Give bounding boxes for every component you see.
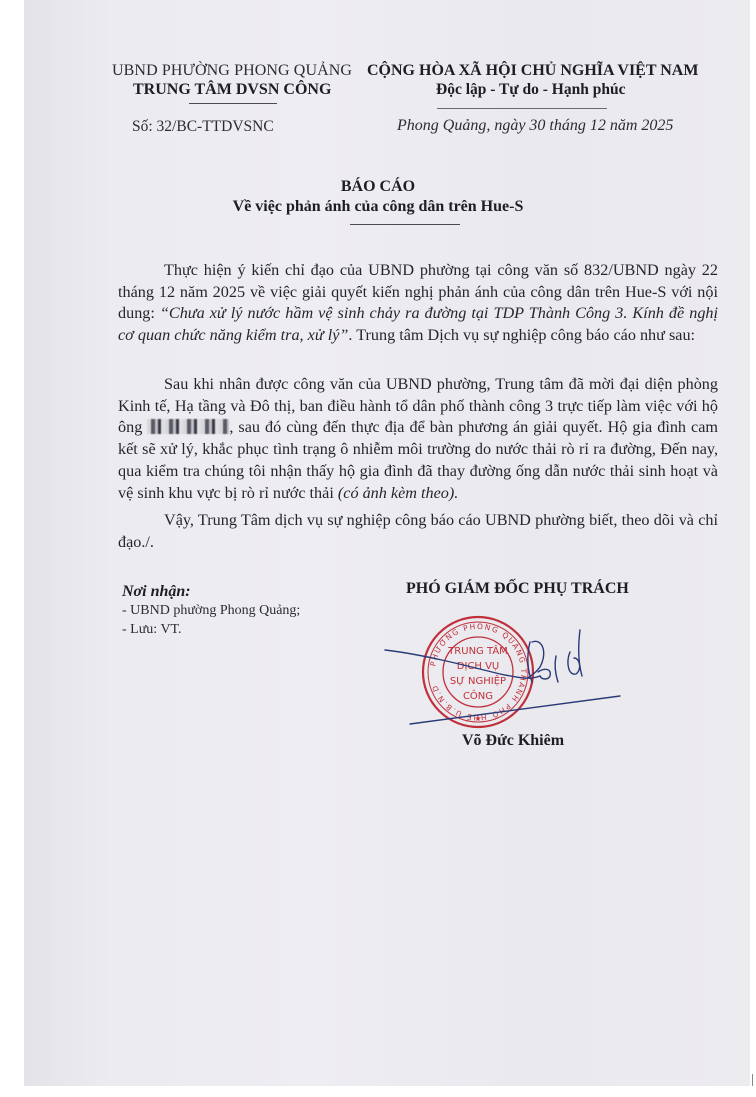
signer-name: Võ Đức Khiêm	[462, 732, 564, 750]
paragraph-3: Vậy, Trung Tâm dịch vụ sự nghiệp công bá…	[118, 510, 718, 553]
svg-text:DỊCH VỤ: DỊCH VỤ	[457, 661, 500, 672]
next-page-clip	[0, 1086, 756, 1097]
issuing-authority: UBND PHƯỜNG PHONG QUẢNG	[112, 62, 352, 80]
national-motto: Độc lập - Tự do - Hạnh phúc	[436, 81, 625, 99]
official-stamp-and-signature: PHƯỜNG PHONG QUẢNG THÀNH PHỐ HUẾ U.B.N.D…	[380, 612, 650, 737]
paragraph-2: Sau khi nhân được công văn của UBND phườ…	[118, 374, 718, 504]
redacted-name	[147, 419, 229, 434]
recipient-item: - UBND phường Phong Quảng;	[122, 603, 300, 619]
document-number: Số: 32/BC-TTDVSNC	[132, 118, 274, 136]
svg-text:CÔNG: CÔNG	[463, 689, 493, 702]
issuing-unit: TRUNG TÂM DVSN CÔNG	[133, 81, 331, 99]
paragraph-1-ending: . Trung tâm Dịch vụ sự nghiệp công báo c…	[348, 326, 695, 344]
document-title: BÁO CÁO	[0, 178, 756, 196]
recipient-item: - Lưu: VT.	[122, 622, 182, 638]
paragraph-3-text: Vậy, Trung Tâm dịch vụ sự nghiệp công bá…	[118, 511, 718, 551]
paragraph-1: Thực hiện ý kiến chỉ đạo của UBND phường…	[118, 260, 718, 347]
place-date: Phong Quảng, ngày 30 tháng 12 năm 2025	[397, 117, 673, 135]
page-edge	[752, 1074, 753, 1086]
svg-text:TRUNG TÂM: TRUNG TÂM	[447, 644, 508, 657]
header-right-divider	[437, 108, 607, 109]
clipped-caption-fragment	[308, 1086, 316, 1097]
recipients-heading: Nơi nhận:	[122, 583, 191, 601]
title-divider	[350, 224, 460, 225]
attachment-note: (có ảnh kèm theo).	[338, 484, 458, 502]
signer-position: PHÓ GIÁM ĐỐC PHỤ TRÁCH	[406, 580, 629, 598]
header-left-divider	[189, 103, 277, 104]
document-subtitle: Về việc phản ánh của công dân trên Hue-S	[0, 198, 756, 216]
svg-text:SỰ NGHIỆP: SỰ NGHIỆP	[450, 674, 506, 687]
national-title: CỘNG HÒA XÃ HỘI CHỦ NGHĨA VIỆT NAM	[367, 62, 698, 80]
